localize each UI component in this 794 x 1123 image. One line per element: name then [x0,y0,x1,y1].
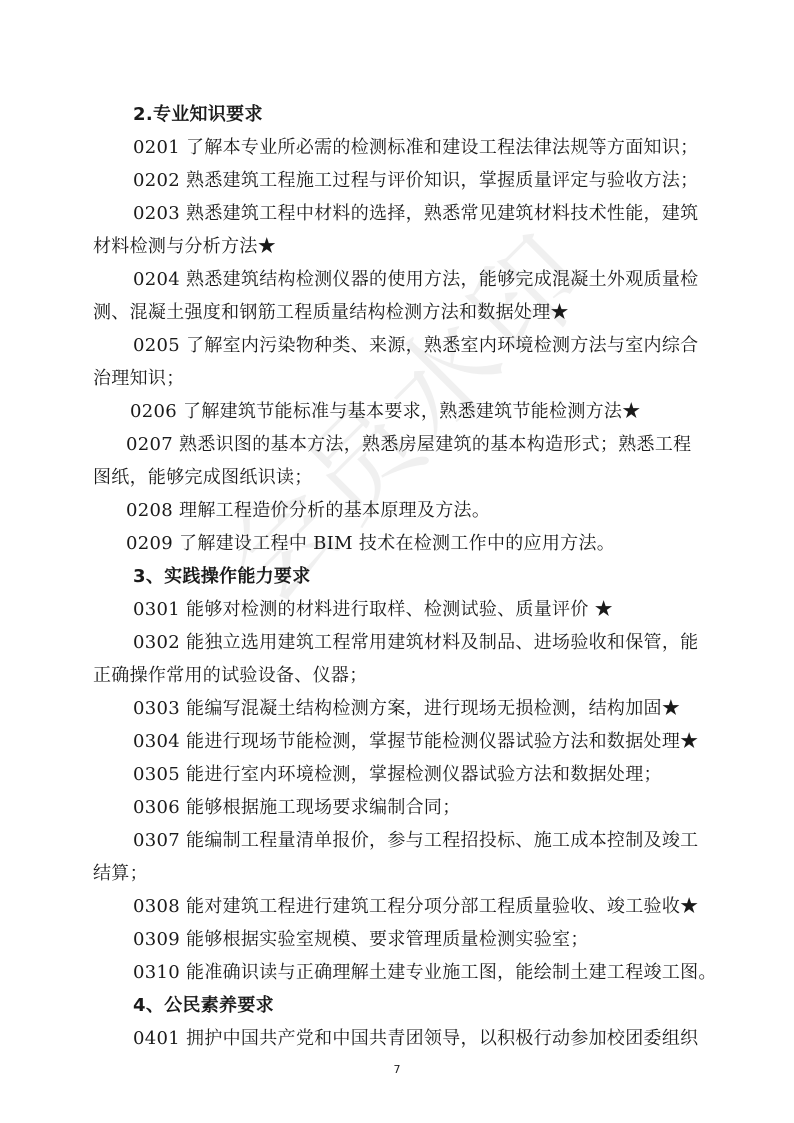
requirement-0302-cont: 正确操作常用的试验设备、仪器； [93,664,368,688]
requirement-0203: 0203 熟悉建筑工程中材料的选择，熟悉常见建筑材料技术性能，建筑 [133,202,698,226]
document-page: 会员水印 2.专业知识要求 0201 了解本专业所必需的检测标准和建设工程法律法… [0,0,794,1123]
requirement-0205-cont: 治理知识； [93,367,185,391]
requirement-0305: 0305 能进行室内环境检测，掌握检测仪器试验方法和数据处理； [133,763,662,787]
requirement-0310: 0310 能准确识读与正确理解土建专业施工图，能绘制土建工程竣工图。 [133,961,717,985]
requirement-0309: 0309 能够根据实验室规模、要求管理质量检测实验室； [133,928,589,952]
requirement-0205: 0205 了解室内污染物种类、来源，熟悉室内环境检测方法与室内综合 [133,334,698,358]
requirement-0209: 0209 了解建设工程中 BIM 技术在检测工作中的应用方法。 [126,532,615,556]
requirement-0301: 0301 能够对检测的材料进行取样、检测试验、质量评价 ★ [133,598,613,622]
requirement-0306: 0306 能够根据施工现场要求编制合同； [133,796,461,820]
requirement-0206: 0206 了解建筑节能标准与基本要求，熟悉建筑节能检测方法★ [130,400,641,424]
requirement-0207: 0207 熟悉识图的基本方法，熟悉房屋建筑的基本构造形式；熟悉工程 [126,433,691,457]
section-heading-practical-skills: 3、实践操作能力要求 [133,565,311,589]
requirement-0204: 0204 熟悉建筑结构检测仪器的使用方法，能够完成混凝土外观质量检 [133,268,698,292]
requirement-0207-cont: 图纸，能够完成图纸识读； [93,466,313,490]
section-heading-professional-knowledge: 2.专业知识要求 [133,103,263,127]
page-number: 7 [0,1063,794,1076]
requirement-0307: 0307 能编制工程量清单报价，参与工程招投标、施工成本控制及竣工 [133,829,698,853]
requirement-0204-cont: 测、混凝土强度和钢筋工程质量结构检测方法和数据处理★ [93,301,569,325]
requirement-0303: 0303 能编写混凝土结构检测方案，进行现场无损检测，结构加固★ [133,697,680,721]
requirement-0304: 0304 能进行现场节能检测，掌握节能检测仪器试验方法和数据处理★ [133,730,698,754]
requirement-0308: 0308 能对建筑工程进行建筑工程分项分部工程质量验收、竣工验收★ [133,895,698,919]
requirement-0401: 0401 拥护中国共产党和中国共青团领导，以积极行动参加校团委组织 [133,1027,698,1051]
requirement-0208: 0208 理解工程造价分析的基本原理及方法。 [126,499,490,523]
requirement-0302: 0302 能独立选用建筑工程常用建筑材料及制品、进场验收和保管，能 [133,631,698,655]
requirement-0203-cont: 材料检测与分析方法★ [93,235,276,259]
requirement-0307-cont: 结算； [93,862,148,886]
requirement-0201: 0201 了解本专业所必需的检测标准和建设工程法律法规等方面知识； [133,136,698,160]
section-heading-civic-literacy: 4、公民素养要求 [133,994,274,1018]
requirement-0202: 0202 熟悉建筑工程施工过程与评价知识，掌握质量评定与验收方法； [133,169,698,193]
